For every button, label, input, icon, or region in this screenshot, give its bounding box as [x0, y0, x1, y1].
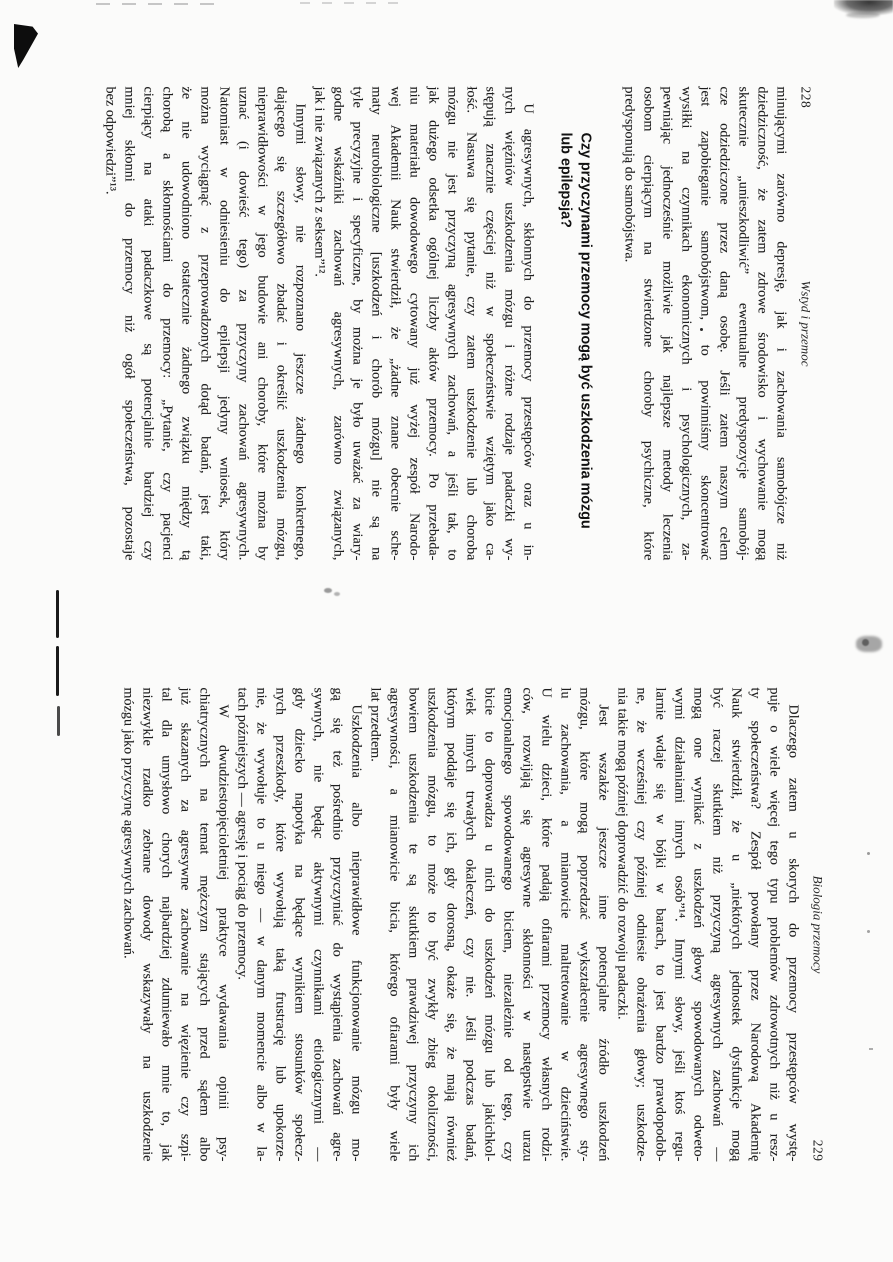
text-line: lat przedtem.: [365, 688, 384, 1162]
text-line: jest zapobieganie samobójstwom, to powin…: [695, 86, 714, 560]
scan-smudge-page-229: [862, 639, 869, 646]
scan-speck: [869, 1048, 873, 1050]
text-line: niezwykle rzadko zebrane dowody wskazywa…: [137, 688, 156, 1162]
book-scan: 228 Wstyd i przemoc minującymi zarówno d…: [0, 0, 893, 1262]
scan-speck: [867, 852, 870, 855]
paragraph: W dwudziestopięcioletniej praktyce wydaw…: [118, 688, 232, 1162]
text-line: być raczej skutkiem niż przyczyną agresy…: [707, 688, 726, 1162]
scan-speck: [867, 930, 870, 933]
text-line: Jest wszakże jeszcze inne potencjalne źr…: [593, 688, 612, 1162]
paragraph: Dlaczego zatem u skorych do przemocy prz…: [612, 688, 802, 1162]
scan-gutter-dash: [56, 646, 59, 696]
paragraph: Jest wszakże jeszcze inne potencjalne źr…: [365, 688, 612, 1162]
scan-edge-streak: [300, 2, 410, 4]
section-heading: Czy przyczynami przemocy mogą być uszkod…: [555, 86, 595, 560]
text-line: stępują znacznie częściej niż w społecze…: [480, 86, 499, 560]
page-228: 228 Wstyd i przemoc minującymi zarówno d…: [83, 58, 828, 578]
paragraph-continuation: minującymi zarówno depresję, jak i zacho…: [619, 86, 790, 560]
scan-speck: [700, 328, 703, 331]
text-line: uznać (i dowieść tego) za przyczyny zach…: [233, 86, 252, 560]
text-line: nych przeszkody, które wywołują taką fru…: [270, 688, 289, 1162]
text-line: bowiem uszkodzenia te są skutkiem prawdz…: [403, 688, 422, 1162]
text-line: larnie wdaje się w bójki w barach, to je…: [650, 688, 669, 1162]
scan-corner-mark: [8, 24, 38, 68]
page-number-229: 229: [808, 1098, 827, 1162]
text-line: cze odziedziczone przez daną osobę. Jeśl…: [714, 86, 733, 560]
text-line: wymi działaniami innych osób”¹⁴. Innymi …: [669, 688, 688, 1162]
text-line: cierpiący na ataki padaczkowe są potencj…: [138, 86, 157, 560]
running-head-229: Biologia przemocy 229: [808, 688, 827, 1162]
text-line: mniej skłonni do przemocy niż ogół społe…: [119, 86, 138, 560]
text-line: chiatrycznych na temat mężczyzn stającyc…: [194, 688, 213, 1162]
running-title-228: Wstyd i przemoc: [796, 150, 815, 496]
text-line: ne, że wcześniej czy później odniesie ob…: [631, 688, 650, 1162]
text-line: ców, rozwijają się agresywne skłonności …: [517, 688, 536, 1162]
text-line: ty społeczeństwa? Zespół powołany przez …: [745, 688, 764, 1162]
text-line: agresywności, a mianowicie bicia, któreg…: [384, 688, 403, 1162]
text-line: chorobą a skłonnościami do przemocy: „Py…: [157, 86, 176, 560]
text-line: łość. Nasuwa się pytanie, czy zatem uszk…: [461, 86, 480, 560]
text-line: gdy dziecko napotyka na będące wynikiem …: [289, 688, 308, 1162]
text-line: Nauk stwierdził, że u „niektórych jednos…: [726, 688, 745, 1162]
text-line: sywnych, nie będąc aktywnymi czynnikami …: [308, 688, 327, 1162]
text-line: maty neurobiologiczne [uszkodzeń i choró…: [366, 86, 385, 560]
text-line: emocjonalnego spowodowanego biciem, niez…: [498, 688, 517, 1162]
text-line: gą się też pośrednio przyczyniać do wyst…: [327, 688, 346, 1162]
text-line: lub epilepsja?: [555, 132, 575, 560]
text-line: Czy przyczynami przemocy mogą być uszkod…: [575, 132, 595, 560]
paragraph: U agresywnych, skłonnych do przemocy prz…: [309, 86, 537, 560]
scan-edge-streak: [96, 3, 216, 5]
text-line: uszkodzenia mózgu, to może to być zwykły…: [422, 688, 441, 1162]
text-line: już skazanych za agresywne zachowanie na…: [175, 688, 194, 1162]
scan-gutter-dash: [57, 706, 60, 736]
text-line: jak i nie związanych z seksem”¹².: [309, 86, 328, 560]
text-line: wiek innych trwałych okaleczeń, czy nie.…: [460, 688, 479, 1162]
text-line: predysponują do samobójstwa.: [619, 86, 638, 560]
running-head-228: 228 Wstyd i przemoc: [796, 86, 815, 560]
text-line: Innymi słowy, nie rozpoznano jeszcze żad…: [290, 86, 309, 560]
page-number-228: 228: [796, 86, 815, 150]
text-line: mózgu nie jest przyczyną agresywnych zac…: [442, 86, 461, 560]
text-line: osobom cierpiącym na stwierdzone choroby…: [638, 86, 657, 560]
text-line: W dwudziestopięcioletniej praktyce wydaw…: [213, 688, 232, 1162]
text-line: dającego się szczegółowo zbadać i określ…: [271, 86, 290, 560]
text-line: którym poddaje się ich, gdy dorosną, oka…: [441, 688, 460, 1162]
text-line: wej Akademii Nauk stwierdził, że „żadne …: [385, 86, 404, 560]
paragraph: Uszkodzenia albo nieprawidłowe funkcjono…: [232, 688, 365, 1162]
text-line: jak dużego odsetka ogólnej liczby aktów …: [423, 86, 442, 560]
text-line: że nie udowodniono ostatecznie żadnego z…: [176, 86, 195, 560]
text-line: skutecznie „unieszkodliwić” ewentualne p…: [733, 86, 752, 560]
text-line: niu materiału dowodowego cytowany już wy…: [404, 86, 423, 560]
text-line: tal dla umysłowo chorych najbardziej zdu…: [156, 688, 175, 1162]
text-line: nych więźniów uszkodzenia mózgu i różne …: [499, 86, 518, 560]
scan-smudge-page-229: [856, 636, 882, 652]
page-229: Biologia przemocy 229 Dlaczego zatem u s…: [100, 678, 835, 1198]
text-line: nie, że wywołuje to u niego — w danym mo…: [251, 688, 270, 1162]
text-line: nieprawidłowości w jego budowie ani chor…: [252, 86, 271, 560]
text-line: można wyciągnąć z przeprowadzonych dotąd…: [195, 86, 214, 560]
text-line: tach późniejszych — agresję i pociąg do …: [232, 688, 251, 1162]
text-line: dziedziczność, że zatem zdrowe środowisk…: [752, 86, 771, 560]
text-line: Dlaczego zatem u skorych do przemocy prz…: [783, 688, 802, 1162]
text-line: minującymi zarówno depresję, jak i zacho…: [771, 86, 790, 560]
text-line: wysiłki na czynnikach ekonomicznych i ps…: [676, 86, 695, 560]
scan-speck: [324, 588, 332, 593]
running-title-229: Biologia przemocy: [808, 752, 827, 1098]
text-line: bicie to doprowadza u nich do uszkodzeń …: [479, 688, 498, 1162]
text-line: tyle precyzyjne i specyficzne, by można …: [347, 86, 366, 560]
text-line: godne wskaźniki zachowań agresywnych, za…: [328, 86, 347, 560]
text-line: mogą one wynikać z uszkodzeń głowy spowo…: [688, 688, 707, 1162]
paragraph: Innymi słowy, nie rozpoznano jeszcze żad…: [100, 86, 309, 560]
text-line: U wielu dzieci, które padają ofiarami pr…: [536, 688, 555, 1162]
text-line: nia takie mogą później doprowadzić do ro…: [612, 688, 631, 1162]
text-line: mózgu jako przyczynę agresywnych zachowa…: [118, 688, 137, 1162]
text-line: bez odpowiedzi”¹³.: [100, 86, 119, 560]
scan-gutter-dash: [56, 590, 59, 638]
text-line: U agresywnych, skłonnych do przemocy prz…: [518, 86, 537, 560]
text-line: mózgu, które mogą poprzedzać wykształcen…: [574, 688, 593, 1162]
text-line: lu zachowania, a mianowicie maltretowani…: [555, 688, 574, 1162]
text-line: puje o wiele więcej tego typu problemów …: [764, 688, 783, 1162]
text-line: Natomiast w odniesieniu do epilepsji jed…: [214, 86, 233, 560]
text-line: pewniając jednocześnie możliwie jak najl…: [657, 86, 676, 560]
scan-smudge-top-right-2: [846, 12, 880, 18]
text-line: Uszkodzenia albo nieprawidłowe funkcjono…: [346, 688, 365, 1162]
scan-speck: [334, 592, 340, 596]
